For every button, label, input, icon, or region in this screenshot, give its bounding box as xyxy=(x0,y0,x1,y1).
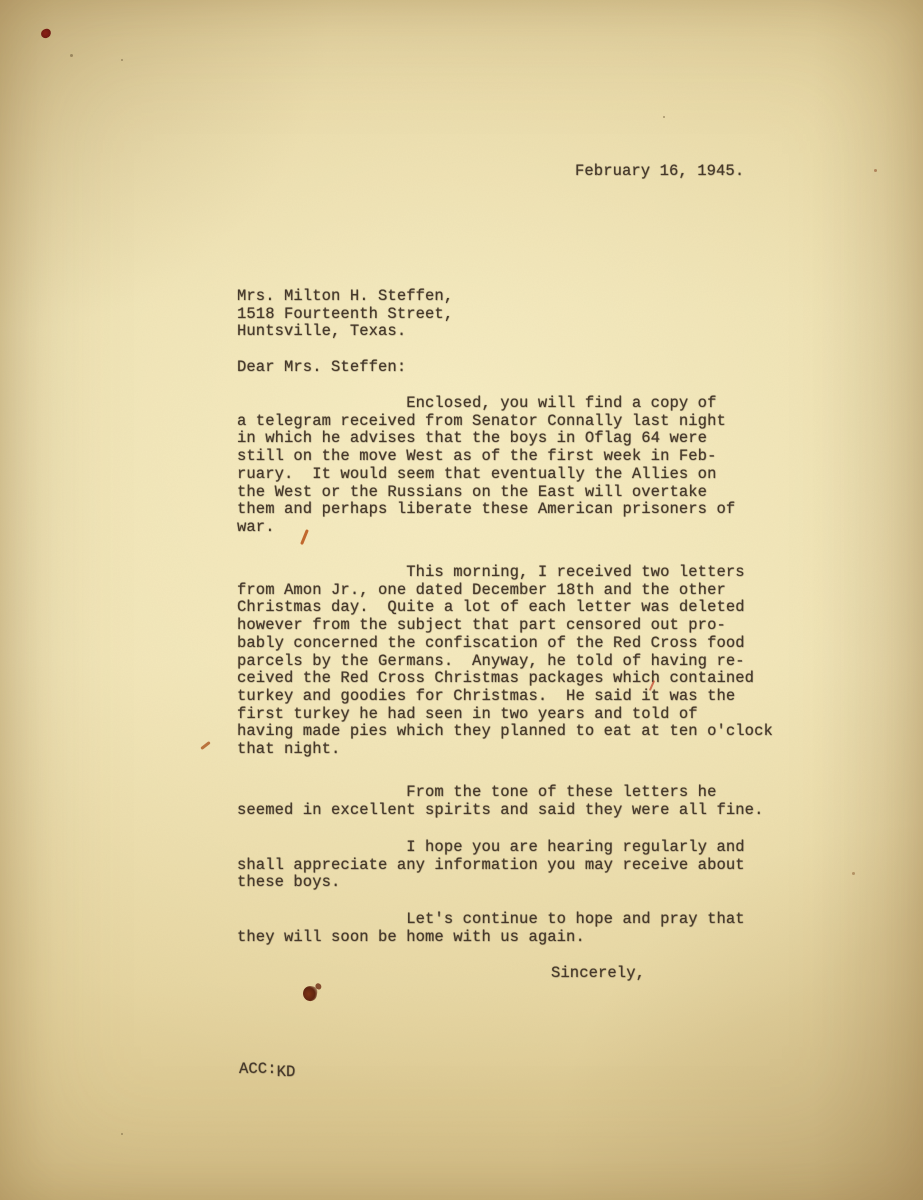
body-paragraph-2: This morning, I received two letters fro… xyxy=(237,564,773,759)
ink-blot-stain xyxy=(302,985,318,1002)
body-paragraph-1: Enclosed, you will find a copy of a tele… xyxy=(237,395,735,537)
body-paragraph-3: From the tone of these letters he seemed… xyxy=(237,784,763,819)
recipient-city: Huntsville, Texas. xyxy=(237,322,406,340)
red-ink-dot-mark xyxy=(40,28,52,39)
letter-date: February 16, 1945. xyxy=(575,163,744,181)
salutation: Dear Mrs. Steffen: xyxy=(237,359,406,377)
typist-initials-prefix: ACC: xyxy=(239,1060,277,1078)
paper-speck xyxy=(852,872,855,875)
closing-sincerely: Sincerely, xyxy=(551,965,645,983)
body-paragraph-4: I hope you are hearing regularly and sha… xyxy=(237,839,745,892)
body-paragraph-5: Let's continue to hope and pray that the… xyxy=(237,911,745,946)
paper-speck xyxy=(121,1133,123,1135)
letter-page: February 16, 1945. Mrs. Milton H. Steffe… xyxy=(0,0,923,1200)
paper-speck xyxy=(663,116,665,118)
recipient-street: 1518 Fourteenth Street, xyxy=(237,305,453,323)
paper-speck xyxy=(121,59,123,61)
typist-initials: ACC:KD xyxy=(239,1061,295,1079)
recipient-name: Mrs. Milton H. Steffen, xyxy=(237,287,453,305)
margin-dash-mark xyxy=(200,741,211,750)
paper-speck xyxy=(70,54,73,57)
typist-initials-suffix: KD xyxy=(277,1064,296,1082)
recipient-address-block: Mrs. Milton H. Steffen, 1518 Fourteenth … xyxy=(237,288,453,341)
paper-speck xyxy=(874,169,877,172)
